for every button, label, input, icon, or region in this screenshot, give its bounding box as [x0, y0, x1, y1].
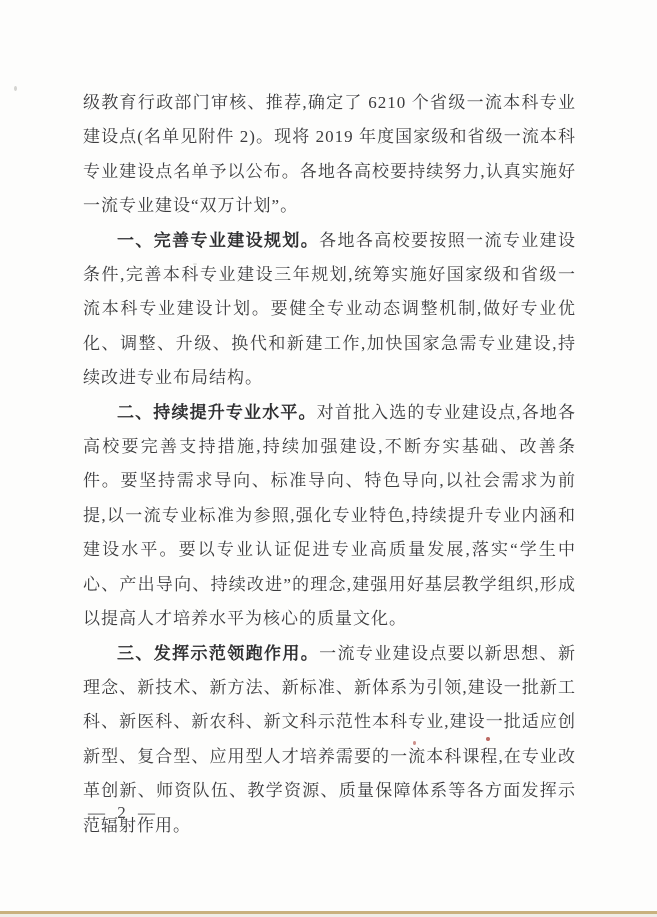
section-heading: 一、完善专业建设规划。 — [117, 231, 319, 250]
scan-speck — [413, 741, 416, 745]
page-number: — 2 — — [88, 803, 159, 823]
section-heading: 三、发挥示范领跑作用。 — [117, 644, 319, 663]
paragraph-text: 对首批入选的专业建设点,各地各高校要完善支持措施,持续加强建设,不断夯实基础、改… — [83, 403, 576, 628]
document-body: 级教育行政部门审核、推荐,确定了 6210 个省级一流本科专业建设点(名单见附件… — [83, 86, 576, 843]
section-heading: 二、持续提升专业水平。 — [117, 403, 317, 422]
body-paragraph: 一、完善专业建设规划。各地各高校要按照一流专业建设条件,完善本科专业建设三年规划… — [83, 224, 576, 396]
body-paragraph: 级教育行政部门审核、推荐,确定了 6210 个省级一流本科专业建设点(名单见附件… — [83, 86, 576, 224]
scanned-document-page: 级教育行政部门审核、推荐,确定了 6210 个省级一流本科专业建设点(名单见附件… — [0, 0, 657, 917]
scan-speck — [486, 737, 490, 741]
paragraph-text: 级教育行政部门审核、推荐,确定了 6210 个省级一流本科专业建设点(名单见附件… — [83, 93, 576, 215]
body-paragraph: 二、持续提升专业水平。对首批入选的专业建设点,各地各高校要完善支持措施,持续加强… — [83, 396, 576, 637]
scan-speck — [193, 263, 197, 265]
paragraph-text: 各地各高校要按照一流专业建设条件,完善本科专业建设三年规划,统筹实施好国家级和省… — [83, 231, 576, 388]
scan-speck — [14, 86, 17, 91]
